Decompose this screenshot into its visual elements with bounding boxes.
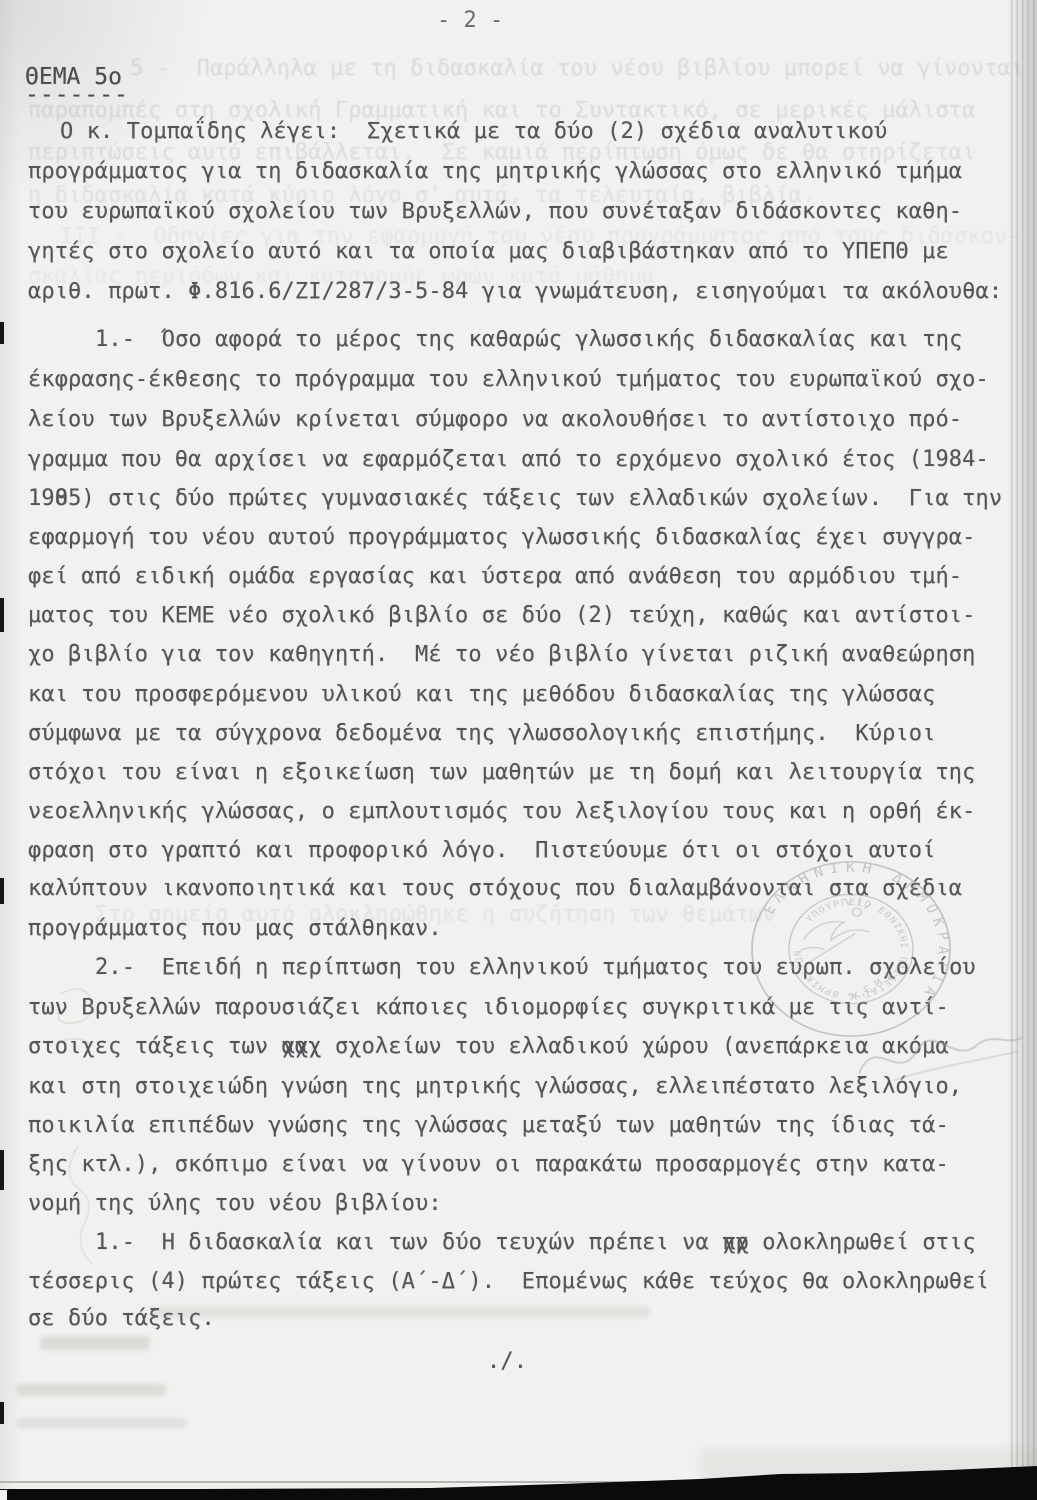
bleed-smudge [150, 1306, 650, 1318]
text-line: γραμμα που θα αρχίσει να εφαρμόζεται από… [28, 447, 989, 473]
ghost-bleedthrough-line: Στο σημείο αυτό ολοκληρώθηκε η συζήτηση … [95, 902, 776, 928]
ghost-bleedthrough-line: περιπτώσεις αυτό επιβάλλεται. Σε καμιά π… [28, 140, 976, 166]
bleed-smudge [40, 1336, 150, 1350]
ghost-bleedthrough-line: παραπομπές στη σχολική Γραμματική και το… [28, 98, 976, 124]
bleed-smudge [16, 1418, 186, 1428]
text-line: λείου των Βρυξελλών κρίνεται σύμφορο να … [28, 407, 962, 433]
scan-edge-artifact [0, 1150, 4, 1190]
text-line: 19085) στις δύο πρώτες γυμνασιακές τάξει… [28, 486, 1002, 512]
scan-edge-artifact [0, 878, 4, 904]
ghost-bleedthrough-line: ΙΙΙ - Οδηγίες για την εφαρμογή του νέου … [60, 224, 1021, 250]
overstrike-correction: πρχχ [722, 1230, 749, 1256]
scan-left-shading [0, 0, 20, 1500]
page-number: - 2 - [437, 8, 503, 34]
paper-bottom-edge [0, 1481, 700, 1483]
text-line: χο βιβλίο για τον καθηγητή. Μέ το νέο βι… [28, 642, 976, 668]
margin-bleed-mark [46, 1138, 106, 1273]
ghost-bleedthrough-line: σκαλίας περιόδων και κατανομής ωρών κατά… [28, 264, 655, 290]
scan-edge-artifact [0, 1402, 4, 1424]
overstrike-correction: 08 [55, 486, 68, 512]
text-line: και στη στοιχειώδη γνώση της μητρικής γλ… [28, 1074, 962, 1100]
scan-edge-artifact [0, 598, 4, 632]
stamp-outer-text: ΕΛΛΗΝΙΚΗ ΔΗΜΟΚΡΑΤΙΑ [747, 845, 963, 1004]
text-line: έκφρασης-έκθεσης το πρόγραμμα του ελληνι… [28, 367, 989, 393]
overstrike-correction: ααχχχχ [282, 1034, 322, 1060]
scan-edge-artifact [0, 322, 4, 344]
ghost-bleedthrough-line: η διδασκαλία κατά κύριο λόγο σ' αυτά, τα… [28, 183, 815, 209]
text-line: σύμφωνα με τα σύγχρονα δεδομένα της γλωσ… [28, 721, 935, 747]
text-line: φεί από ειδική ομάδα εργασίας και ύστερα… [28, 564, 962, 590]
ghost-bleedthrough-line: 5 - Παράλληλα με τη διδασκαλία του νέου … [130, 56, 1024, 82]
text-line: ποικιλία επιπέδων γνώσης της γλώσσας μετ… [28, 1113, 949, 1139]
page-curl-edge [1007, 0, 1037, 1500]
stamp-center-text: Κ.Ε.Μ.Ε. [850, 967, 901, 1002]
text-line: 1.- Όσο αφορά το μέρος της καθαρώς γλωσσ… [95, 327, 962, 353]
bleed-smudge [16, 1384, 166, 1396]
text-line: ./. [487, 1349, 527, 1375]
text-line: και του προσφερόμενου υλικού και της μεθ… [28, 682, 935, 708]
scanned-document-page: - 2 - ΘΕΜΑ 5ο ------- Ο κ. Τομπαΐδης λέγ… [0, 0, 1037, 1500]
text-line: ξης κτλ.), σκόπιμο είναι να γίνουν οι πα… [28, 1152, 949, 1178]
scanner-bar-notch [0, 1490, 7, 1500]
stamp-inner-text: ΥΠΟΥΡΓΕΙΟ ΕΘΝΙΚΗΣ ΠΑΙΔΕΙΑΣ & ΘΡΗΣΚ/ΤΩΝ [770, 877, 933, 1020]
text-line: τέσσερις (4) πρώτες τάξεις (Α΄-Δ΄). Επομ… [28, 1269, 989, 1295]
margin-bleed-mark [40, 972, 120, 1082]
svg-text:ΕΛΛΗΝΙΚΗ ΔΗΜΟΚΡΑΤΙΑ: ΕΛΛΗΝΙΚΗ ΔΗΜΟΚΡΑΤΙΑ [747, 845, 963, 1004]
text-line: νεοελληνικής γλώσσας, ο εμπλουτισμός του… [28, 799, 976, 825]
svg-text:ΥΠΟΥΡΓΕΙΟ ΕΘΝΙΚΗΣ ΠΑΙΔΕΙΑΣ & Θ: ΥΠΟΥΡΓΕΙΟ ΕΘΝΙΚΗΣ ΠΑΙΔΕΙΑΣ & ΘΡΗΣΚ/ΤΩΝ [770, 877, 933, 1020]
text-line: ματος του ΚΕΜΕ νέο σχολικό βιβλίο σε δύο… [28, 603, 976, 629]
text-line: στόχοι του είναι η εξοικείωση των μαθητώ… [28, 760, 976, 786]
text-line: 1.- Η διδασκαλία και των δύο τευχών πρέπ… [95, 1230, 976, 1256]
text-line: εφαρμογή του νέου αυτού προγράμματος γλω… [28, 525, 976, 551]
